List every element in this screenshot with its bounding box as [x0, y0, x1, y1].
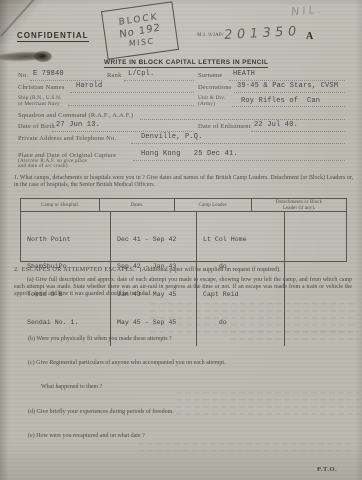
block-stamp: BLOCK No 192 MISC	[101, 1, 179, 60]
section-2-heading: 2. ESCAPES OR ATTEMPTED ESCAPES. (Additi…	[14, 267, 352, 273]
question-2e: (e) How were you recaptured and on what …	[28, 433, 145, 439]
header-detachments-line2: Leader (if any).	[283, 205, 315, 211]
header-dates: Dates.	[100, 199, 175, 211]
mi9-reference-label: M.I. 9/JAP/	[197, 33, 224, 38]
surname-label: Surname	[198, 72, 223, 79]
decorations-value: 39-45 & Pac Stars, CVSM	[237, 82, 338, 90]
fill-line	[30, 80, 102, 81]
bleedthrough-text	[150, 303, 355, 334]
fill-line	[68, 105, 194, 106]
capture-label-note2: and date of a/c crash).	[18, 164, 69, 170]
camp-row-3-camp: Sendai No. 1.	[27, 318, 105, 327]
bleedthrough-text	[138, 443, 350, 451]
section-2-number: 2.	[14, 267, 19, 273]
case-suffix: A	[306, 31, 313, 42]
christian-names-value: Harold	[76, 82, 102, 90]
no-value: E 79840	[33, 70, 64, 78]
decorations-label: Decorations	[198, 84, 232, 91]
header-camp-leader: Camp Leader.	[175, 199, 252, 211]
squadron-label: Squadron and Command (R.A.F., A.A.F.)	[18, 112, 133, 119]
header-camp-or-hospital: Camp or Hospital.	[21, 199, 100, 211]
fill-line	[52, 131, 194, 132]
question-2a: (a) Give full description and approx. da…	[14, 277, 352, 298]
question-2c: (c) Give Regimental particulars of anyon…	[28, 360, 226, 366]
surname-value: HEATH	[233, 70, 255, 78]
case-number-handwritten: 201350	[223, 24, 301, 43]
unit-value: Roy Rifles of Can	[241, 97, 320, 105]
fill-line	[232, 106, 345, 107]
question-1: 1. What camps, detachments or hospitals …	[14, 175, 353, 189]
rank-value: L/Cpl.	[128, 70, 154, 78]
camp-table: Camp or Hospital. Dates. Camp Leader. De…	[20, 198, 347, 262]
fill-line	[140, 119, 345, 120]
header-detachments: Detachments or Block Leader (if any).	[252, 199, 346, 211]
pto-label: P.T.O.	[317, 466, 337, 473]
question-2b: (b) Were you physically fit when you mad…	[28, 336, 172, 342]
nil-annotation: NIL.	[291, 3, 325, 19]
camp-table-header-row: Camp or Hospital. Dates. Camp Leader. De…	[21, 199, 346, 212]
camp-row-0-dates: Dec 41 - Sep 42	[117, 235, 191, 244]
pencil-smudge-tip	[34, 51, 52, 62]
unit-label-line2: (Army)	[198, 102, 215, 108]
fill-line	[124, 80, 194, 81]
date-of-enlistment-value: 22 Jul 40.	[254, 121, 298, 129]
ship-label-line2: or Merchant Navy	[18, 102, 60, 108]
no-label: No.	[18, 72, 28, 79]
fill-line	[234, 92, 345, 93]
stamp-line-3: MISC	[129, 36, 155, 48]
confidential-label: CONFIDENTIAL	[17, 31, 89, 42]
date-of-birth-value: 27 Jun 13.	[56, 121, 100, 129]
fill-line	[251, 131, 345, 132]
camp-row-0-camp: North Point	[27, 235, 105, 244]
address-label: Private Address and Telephone No.	[18, 135, 116, 142]
section-2-title: ESCAPES OR ATTEMPTED ESCAPES.	[22, 267, 136, 273]
date-of-birth-label: Date of Birth	[18, 123, 55, 130]
camp-row-0-leader: Lt Col Home	[203, 235, 279, 244]
question-2d: (d) Give briefly your experiences during…	[28, 409, 174, 415]
christian-names-label: Christian Names	[18, 84, 65, 91]
address-value: Denville, P.Q.	[141, 133, 203, 141]
section-2-note: (Additional paper will be supplied on re…	[140, 267, 281, 273]
write-instruction-heading: WRITE IN BLOCK CAPITAL LETTERS IN PENCIL	[104, 59, 268, 68]
what-happened-question: What happened to them ?	[41, 384, 102, 390]
scanned-form-page: CONFIDENTIAL BLOCK No 192 MISC NIL. M.I.…	[0, 0, 362, 480]
fill-line	[70, 92, 194, 93]
fill-line	[133, 160, 345, 161]
capture-value: Hong Kong 25 Dec 41.	[141, 150, 238, 158]
fill-line	[131, 143, 345, 144]
bleedthrough-text	[230, 331, 358, 344]
date-of-enlistment-label: Date of Enlistment	[198, 123, 251, 130]
fill-line	[229, 80, 345, 81]
rank-label: Rank	[107, 72, 122, 79]
bleedthrough-text	[176, 392, 360, 417]
